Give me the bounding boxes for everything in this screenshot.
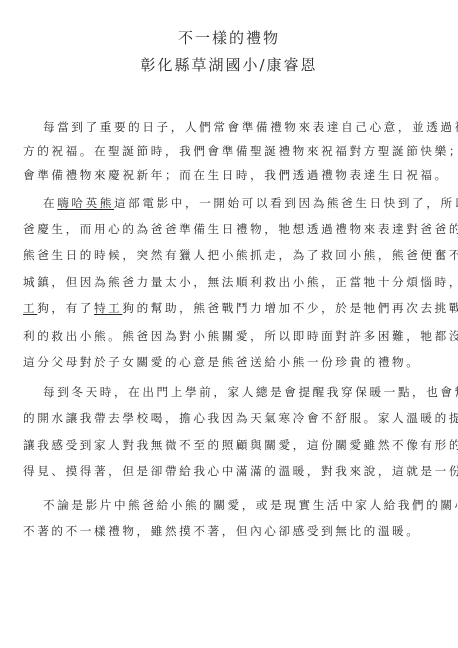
text-line: 這分父母對於子女關愛的心意是熊爸送給小熊一份珍貴的禮物。 [23, 354, 437, 370]
text-line: 爸慶生，而用心的為爸爸準備生日禮物，牠想透過禮物來表達對爸爸的感謝。就在慶祝 [23, 221, 437, 237]
text-line: 在嗨哈英熊這部電影中，一開始可以看到因為熊爸生日快到了，所以小熊為了幫爸 [43, 195, 437, 211]
movie-title-underlined: 嗨哈英熊 [57, 196, 114, 210]
text-line: 讓我感受到家人對我無微不至的照顧與關愛，這份關愛雖然不像有形的禮物讓我可以看 [23, 437, 437, 453]
text-line: 方的祝福。在聖誕節時，我們會準備聖誕禮物來祝福對方聖誕節快樂；在新年時，我們 [23, 143, 437, 159]
text-line: 城鎮，但因為熊爸力量太小，無法順利救出小熊，正當牠十分煩惱時，這時牠遇到了特 [23, 274, 437, 290]
essay-title: 不一樣的禮物 [0, 27, 458, 48]
text-line: 得見、摸得著，但是卻帶給我心中滿滿的溫暖，對我來說，這就是一份最棒的禮物了。 [23, 463, 437, 479]
character-name-underlined: 特工 [94, 301, 122, 315]
text-line: 利的救出小熊。熊爸因為對小熊關愛，所以即時面對許多困難，牠都沒有放棄要救小熊， [23, 328, 437, 344]
text-line: 每當到了重要的日子，人們常會準備禮物來表達自己心意，並透過禮物來傳遞給對 [43, 119, 437, 135]
essay-author: 彰化縣草湖國小/康睿恩 [0, 54, 458, 75]
text-line: 的開水讓我帶去學校喝，擔心我因為天氣寒冷會不舒服。家人溫暖的提醒與貼心的準備 [23, 410, 437, 426]
text-line: 工狗，有了特工狗的幫助，熊爸戰鬥力增加不少，於是牠們再次去挑戰獵人，這次便順 [23, 300, 437, 316]
text-line: 不著的不一樣禮物，雖然摸不著，但內心卻感受到無比的溫暖。 [23, 523, 437, 539]
character-name-underlined: 工 [23, 301, 37, 315]
text-line: 會準備禮物來慶祝新年；而在生日時，我們透過禮物表達生日祝福。 [23, 167, 437, 183]
text-segment: 這部電影中，一開始可以看到因為熊爸生日快到了，所以小熊為了幫爸 [114, 196, 458, 210]
text-segment: 在 [43, 196, 57, 210]
text-line: 每到冬天時，在出門上學前，家人總是會提醒我穿保暖一點，也會幫我準備熱呼呼 [43, 384, 437, 400]
text-segment: 狗，有了 [37, 301, 94, 315]
text-segment: 狗的幫助，熊爸戰鬥力增加不少，於是牠們再次去挑戰獵人，這次便順 [122, 301, 458, 315]
text-segment: 城鎮，但因為熊爸力量太小，無法順利救出小熊，正當牠十分煩惱時，這時牠遇到了 [23, 275, 458, 289]
text-line: 不論是影片中熊爸給小熊的關愛，或是現實生活中家人給我們的關心，都是一份摸 [43, 497, 437, 513]
text-line: 熊爸生日的時候，突然有獵人把小熊抓走，為了救回小熊，熊爸便奮不顧身去了人類的 [23, 247, 437, 263]
